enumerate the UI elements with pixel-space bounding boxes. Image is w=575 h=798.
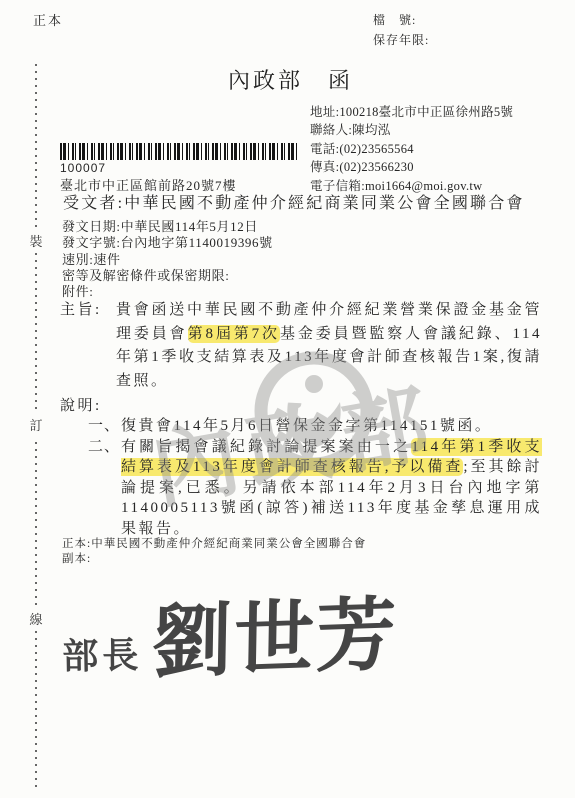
distribution-block: 正本:中華民國不動產仲介經紀商業同業公會全國聯合會 副本: xyxy=(62,537,366,566)
sender-contact-person: 聯絡人:陳均泓 xyxy=(310,121,513,139)
description-label: 說明: xyxy=(60,396,542,416)
scanned-official-letter: 裝 訂 線 正本 檔 號: 保存年限: 內政部 函 地址:100218臺北市中正… xyxy=(0,0,575,798)
retention-period-label: 保存年限: xyxy=(373,31,429,48)
binding-mark-zhuang: 裝 xyxy=(28,228,44,253)
file-number-label: 檔 號: xyxy=(373,11,416,28)
item-1-text: 復貴會114年5月6日營保金金字第114151號函。 xyxy=(121,416,542,437)
minister-title: 部長 xyxy=(61,595,142,679)
distribution-copy: 副本: xyxy=(62,552,366,567)
binding-mark-ding: 訂 xyxy=(28,412,44,437)
letter-meta-block: 發文日期:中華民國114年5月12日 發文字號:台內地字第1140019396號… xyxy=(62,219,273,300)
letter-body: 主旨: 貴會函送中華民國不動產仲介經紀業營業保證金基金管理委員會第8屆第7次基金… xyxy=(60,299,542,539)
subject-section: 主旨: 貴會函送中華民國不動產仲介經紀業營業保證金基金管理委員會第8屆第7次基金… xyxy=(60,299,542,393)
recipient-line: 受文者:中華民國不動產仲介經紀商業同業公會全國聯合會 xyxy=(63,190,525,213)
item-1-number: 一、 xyxy=(88,416,121,437)
issue-date: 發文日期:中華民國114年5月12日 xyxy=(62,219,273,235)
minister-signature: 部長 劉世芳 xyxy=(62,596,398,684)
item-2-number: 二、 xyxy=(88,437,121,540)
subject-highlight: 第8屆第7次 xyxy=(188,325,280,343)
description-item-1: 一、 復貴會114年5月6日營保金金字第114151號函。 xyxy=(60,416,542,437)
document-title: 內政部 函 xyxy=(228,64,353,95)
barcode-number: 100007 xyxy=(60,161,106,175)
security-classification: 密等及解密條件或保密期限: xyxy=(62,268,273,284)
item-2-text-pre: 有關旨揭會議紀錄討論提案案由一之 xyxy=(121,439,411,455)
subject-label: 主旨: xyxy=(60,299,116,393)
item-2-text: 有關旨揭會議紀錄討論提案案由一之114年第1季收支結算表及113年度會計師查核報… xyxy=(121,437,542,540)
distribution-original: 正本:中華民國不動產仲介經紀商業同業公會全國聯合會 xyxy=(62,537,366,552)
mailing-barcode xyxy=(60,143,300,160)
reference-number: 發文字號:台內地字第1140019396號 xyxy=(62,235,273,251)
minister-name: 劉世芳 xyxy=(151,592,398,689)
sender-contact-block: 地址:100218臺北市中正區徐州路5號 聯絡人:陳均泓 電話:(02)2356… xyxy=(310,103,513,195)
description-item-2: 二、 有關旨揭會議紀錄討論提案案由一之114年第1季收支結算表及113年度會計師… xyxy=(60,437,542,540)
sender-fax: 傳真:(02)23566230 xyxy=(310,158,513,176)
sender-phone: 電話:(02)23565564 xyxy=(310,140,513,158)
priority: 速別:速件 xyxy=(62,252,273,268)
copy-type-mark: 正本 xyxy=(33,10,63,29)
subject-text: 貴會函送中華民國不動產仲介經紀業營業保證金基金管理委員會第8屆第7次基金委員暨監… xyxy=(116,299,542,393)
sender-address: 地址:100218臺北市中正區徐州路5號 xyxy=(310,103,513,121)
binding-mark-xian: 線 xyxy=(28,606,44,631)
